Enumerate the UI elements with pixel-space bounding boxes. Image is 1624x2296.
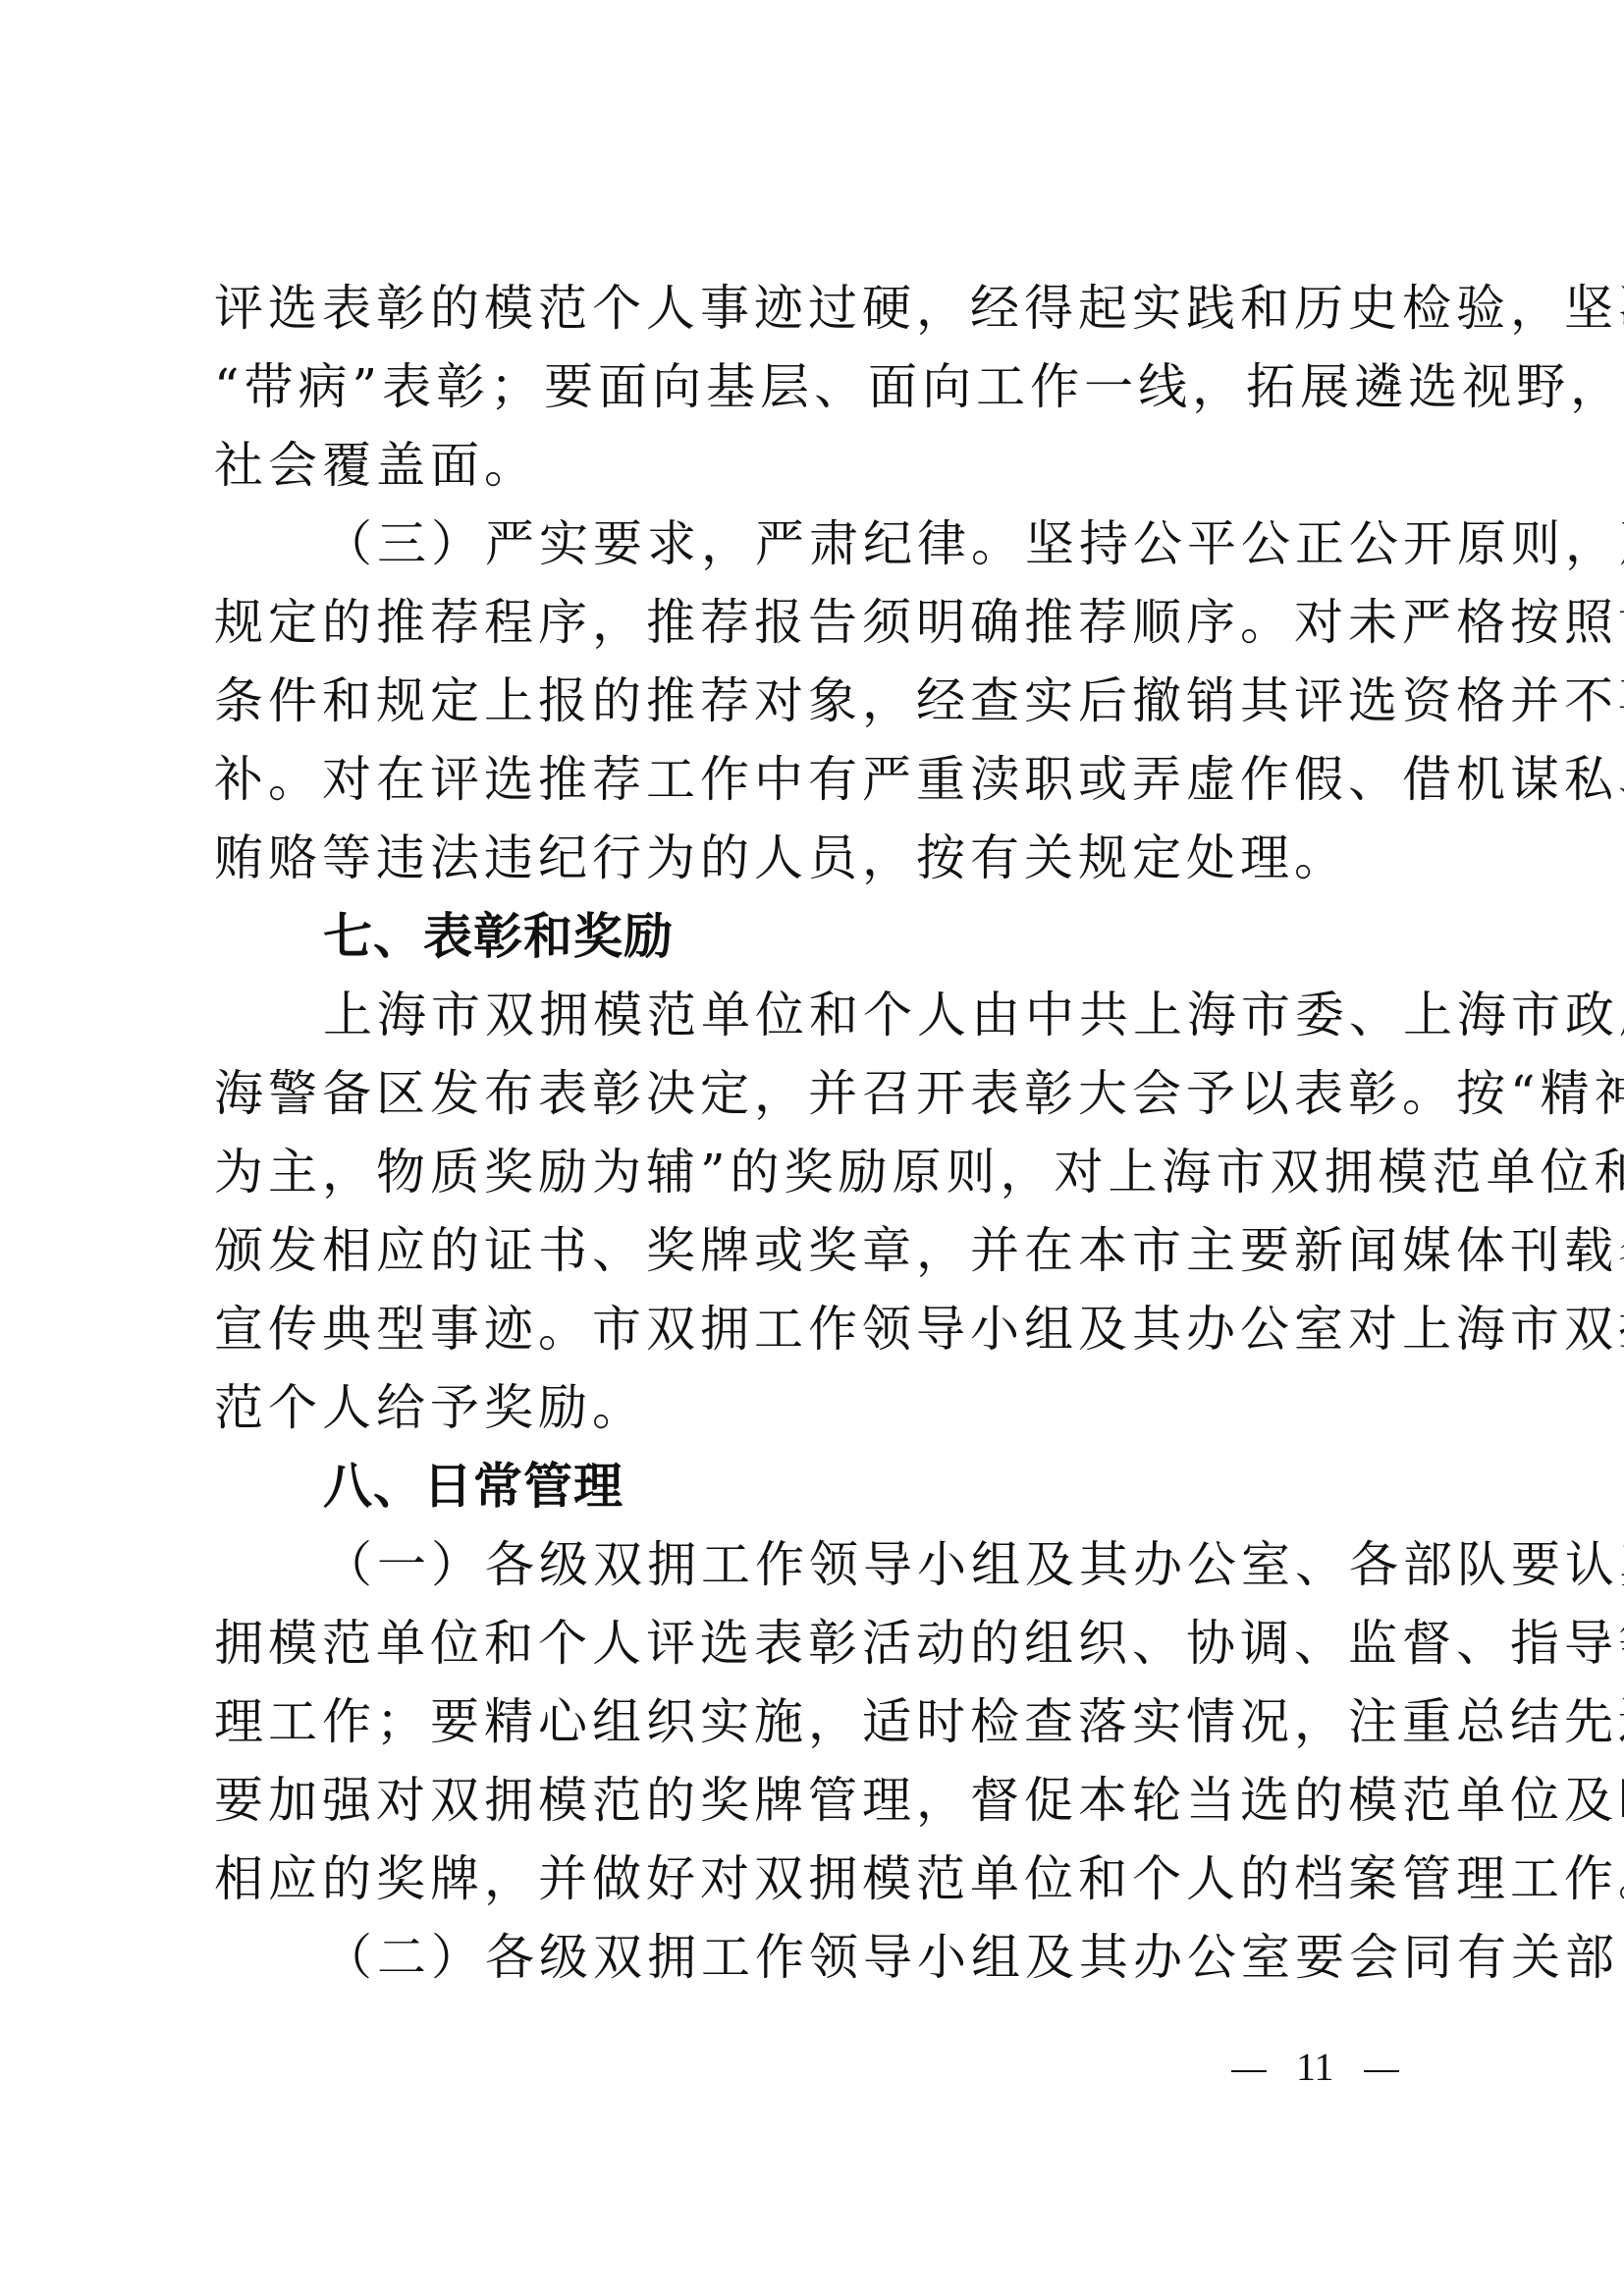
section-3-lead: （三）严实要求，严肃纪律。 [323,515,1025,572]
page-number-value: 11 [1296,2045,1334,2089]
paragraph-line: 拥模范单位和个人评选表彰活动的组织、协调、监督、指导等日常管 [214,1612,1416,1690]
paragraph-line: 范个人给予奖励。 [214,1376,1416,1455]
dash-left-icon [1231,2070,1267,2072]
paragraph-line: 规定的推荐程序，推荐报告须明确推荐顺序。对未严格按照评选 [214,591,1416,669]
paragraph-line: 评选表彰的模范个人事迹过硬，经得起实践和历史检验，坚决杜绝 [214,277,1416,355]
paragraph-line: 贿赂等违法违纪行为的人员，按有关规定处理。 [214,827,1416,905]
section-3-line1-rest: 坚持公平公正公开原则，严格履行 [1025,515,1624,572]
section-heading-7: 七、表彰和奖励 [214,905,1416,984]
section-3-first-line: （三）严实要求，严肃纪律。坚持公平公正公开原则，严格履行 [214,512,1416,591]
paragraph-line: 为主，物质奖励为辅”的奖励原则，对上海市双拥模范单位和个人 [214,1141,1416,1219]
paragraph-line: 补。对在评选推荐工作中有严重渎职或弄虚作假、借机谋私、收取 [214,748,1416,827]
paragraph-line: 要加强对双拥模范的奖牌管理，督促本轮当选的模范单位及时悬挂 [214,1769,1416,1847]
paragraph-line: 条件和规定上报的推荐对象，经查实后撤销其评选资格并不再递 [214,669,1416,748]
document-page: 评选表彰的模范个人事迹过硬，经得起实践和历史检验，坚决杜绝 “带病”表彰；要面向… [214,277,1416,2004]
dash-right-icon [1364,2070,1399,2072]
paragraph-line: 上海市双拥模范单位和个人由中共上海市委、上海市政府、上 [214,984,1416,1062]
paragraph-line: 社会覆盖面。 [214,434,1416,512]
paragraph-line: 相应的奖牌，并做好对双拥模范单位和个人的档案管理工作。 [214,1847,1416,1926]
paragraph-line: 颁发相应的证书、奖牌或奖章，并在本市主要新闻媒体刊载名单， [214,1219,1416,1298]
section-heading-8: 八、日常管理 [214,1455,1416,1533]
page-number: 11 [1202,2044,1429,2090]
paragraph-line: 海警备区发布表彰决定，并召开表彰大会予以表彰。按“精神奖励 [214,1062,1416,1141]
paragraph-line: （一）各级双拥工作领导小组及其办公室、各部队要认真做好双 [214,1533,1416,1612]
paragraph-line: （二）各级双拥工作领导小组及其办公室要会同有关部门和驻 [214,1926,1416,2004]
paragraph-line: 宣传典型事迹。市双拥工作领导小组及其办公室对上海市双拥模 [214,1298,1416,1376]
paragraph-line: “带病”表彰；要面向基层、面向工作一线，拓展遴选视野，扩大表彰 [214,355,1416,434]
paragraph-line: 理工作；要精心组织实施，适时检查落实情况，注重总结先进经验； [214,1690,1416,1769]
